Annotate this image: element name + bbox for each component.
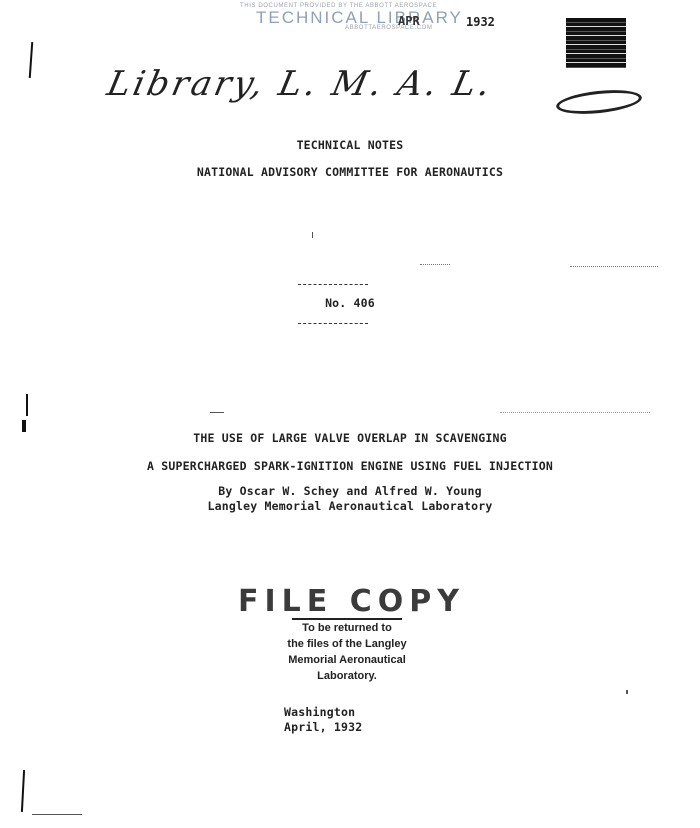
margin-mark	[21, 770, 25, 812]
publication-place: Washington	[284, 705, 355, 719]
divider-top	[298, 284, 368, 286]
stamp-line-4: Laboratory.	[262, 670, 432, 682]
redaction-blot	[566, 18, 626, 68]
divider-bottom	[298, 323, 368, 325]
margin-mark	[26, 394, 28, 416]
stamp-line-1: To be returned to	[262, 622, 432, 634]
scan-speck	[420, 264, 450, 266]
scan-speck	[500, 412, 650, 414]
received-stamp-year: 1932	[466, 15, 495, 29]
handwritten-scrawl	[555, 87, 643, 118]
document-number: No. 406	[0, 296, 700, 310]
scan-speck	[210, 412, 224, 413]
scan-speck	[570, 266, 658, 268]
authors: By Oscar W. Schey and Alfred W. Young	[0, 484, 700, 498]
received-stamp-month: APR	[398, 14, 420, 28]
publication-date: April, 1932	[284, 720, 362, 734]
organization-name: NATIONAL ADVISORY COMMITTEE FOR AERONAUT…	[0, 165, 700, 179]
series-title: TECHNICAL NOTES	[0, 138, 700, 152]
document-title-line-1: THE USE OF LARGE VALVE OVERLAP IN SCAVEN…	[0, 431, 700, 445]
stamp-line-3: Memorial Aeronautical	[262, 654, 432, 666]
file-copy-stamp: FILE COPY	[238, 584, 465, 619]
scan-speck	[312, 232, 313, 238]
scan-speck	[626, 690, 628, 694]
stamp-rule	[292, 618, 402, 620]
document-title-line-2: A SUPERCHARGED SPARK-IGNITION ENGINE USI…	[0, 459, 700, 473]
margin-mark	[29, 42, 34, 78]
stamp-line-2: the files of the Langley	[262, 638, 432, 650]
margin-scribble	[32, 814, 82, 815]
handwritten-note: Library, L. M. A. L.	[104, 64, 497, 104]
affiliation: Langley Memorial Aeronautical Laboratory	[0, 499, 700, 513]
